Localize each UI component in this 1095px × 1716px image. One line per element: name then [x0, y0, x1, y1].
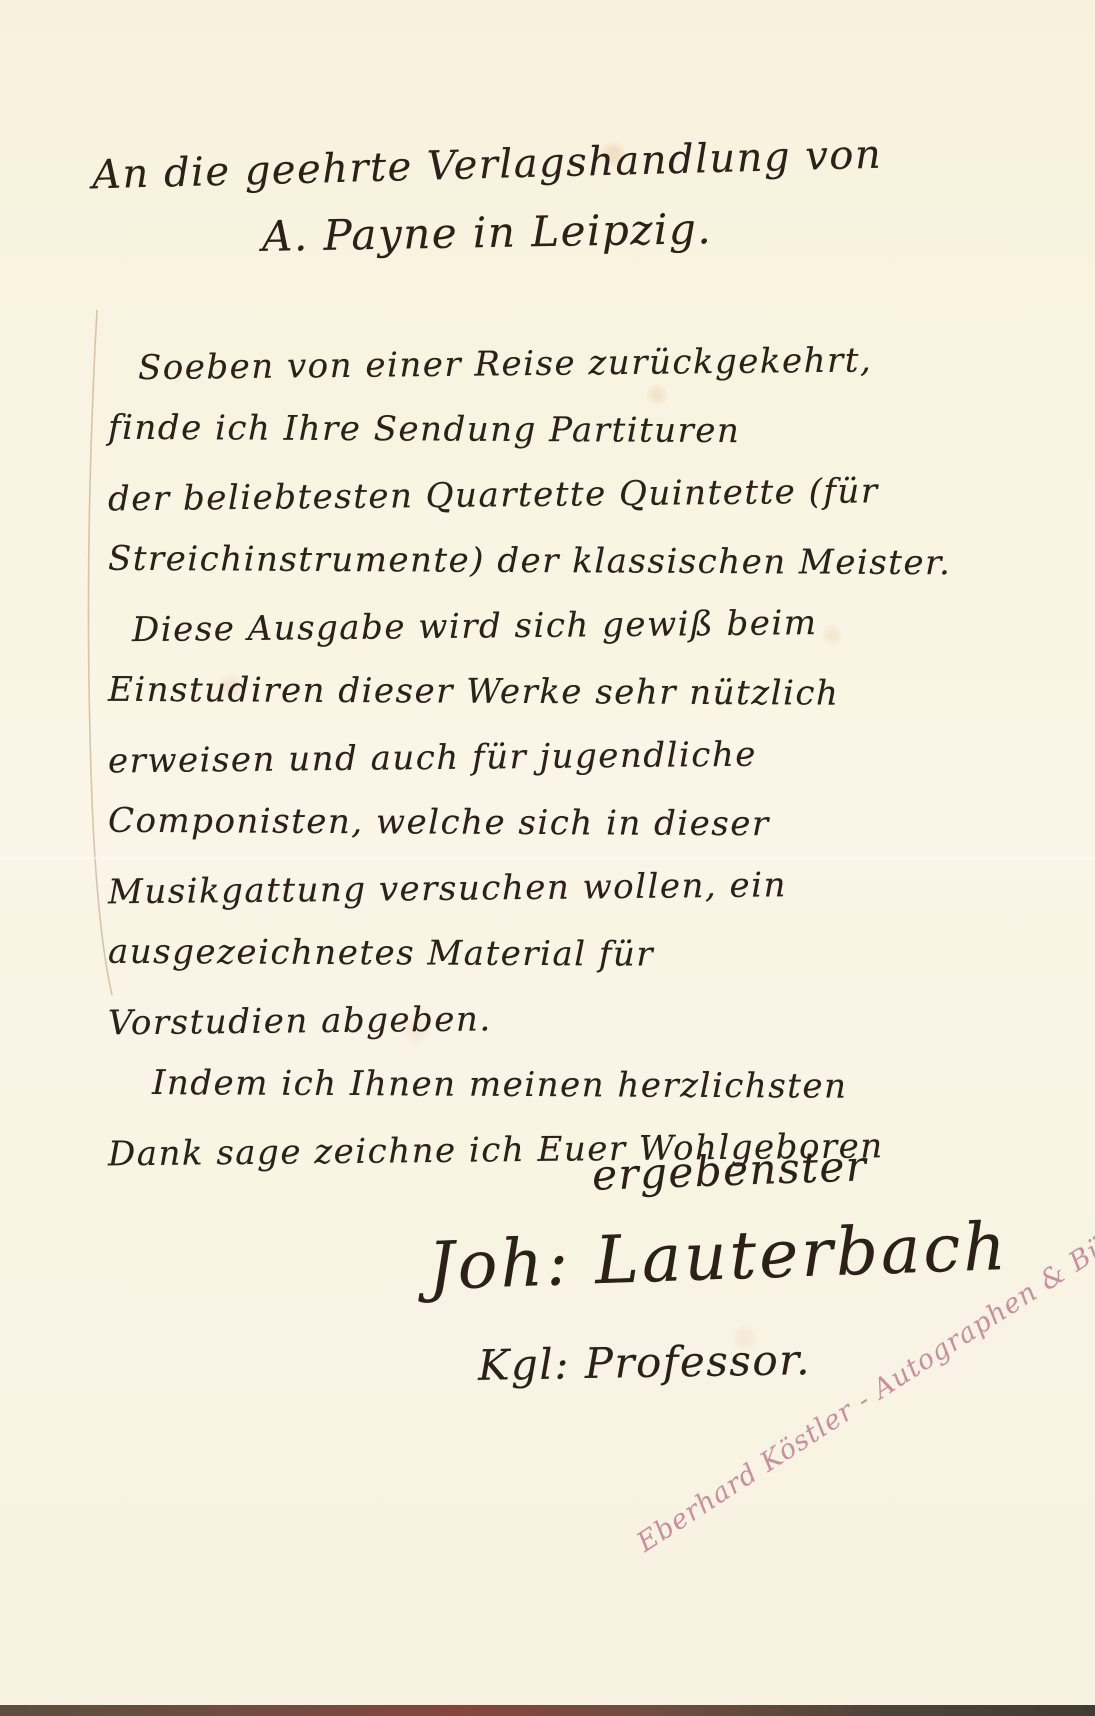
letter-page: An die geehrte Verlagshandlung von A. Pa… — [0, 0, 1095, 1716]
letter-line: Streichinstrumente) der klassischen Meis… — [108, 526, 952, 596]
signature: Joh: Lauterbach — [427, 1208, 1010, 1305]
letter-line: Componisten, welche sich in dieser — [108, 788, 952, 858]
letter-line: Musikgattung versuchen wollen, ein — [108, 852, 952, 926]
letter-body: Soeben von einer Reise zurückgekehrt, fi… — [108, 332, 951, 1184]
letter-line: ausgezeichnetes Material für — [108, 919, 952, 989]
salutation-line-1: An die geehrte Verlagshandlung von — [92, 132, 883, 199]
letter-line: der beliebtesten Quartette Quintette (fü… — [108, 459, 952, 533]
salutation-line-2: A. Payne in Leipzig. — [262, 204, 713, 261]
letter-line: Vorstudien abgeben. — [108, 983, 952, 1057]
letter-line: Einstudiren dieser Werke sehr nützlich — [108, 657, 952, 727]
scan-bottom-edge — [0, 1705, 1095, 1716]
letter-line: finde ich Ihre Sendung Partituren — [108, 395, 952, 465]
signature-title: Kgl: Professor. — [478, 1335, 812, 1390]
letter-line: Soeben von einer Reise zurückgekehrt, — [108, 328, 952, 402]
letter-line: Diese Ausgabe wird sich gewiß beim — [108, 590, 952, 664]
letter-line: Indem ich Ihnen meinen herzlichsten — [108, 1050, 952, 1120]
closing-line: ergebenster — [591, 1141, 868, 1200]
letter-line: erweisen und auch für jugendliche — [108, 721, 952, 795]
